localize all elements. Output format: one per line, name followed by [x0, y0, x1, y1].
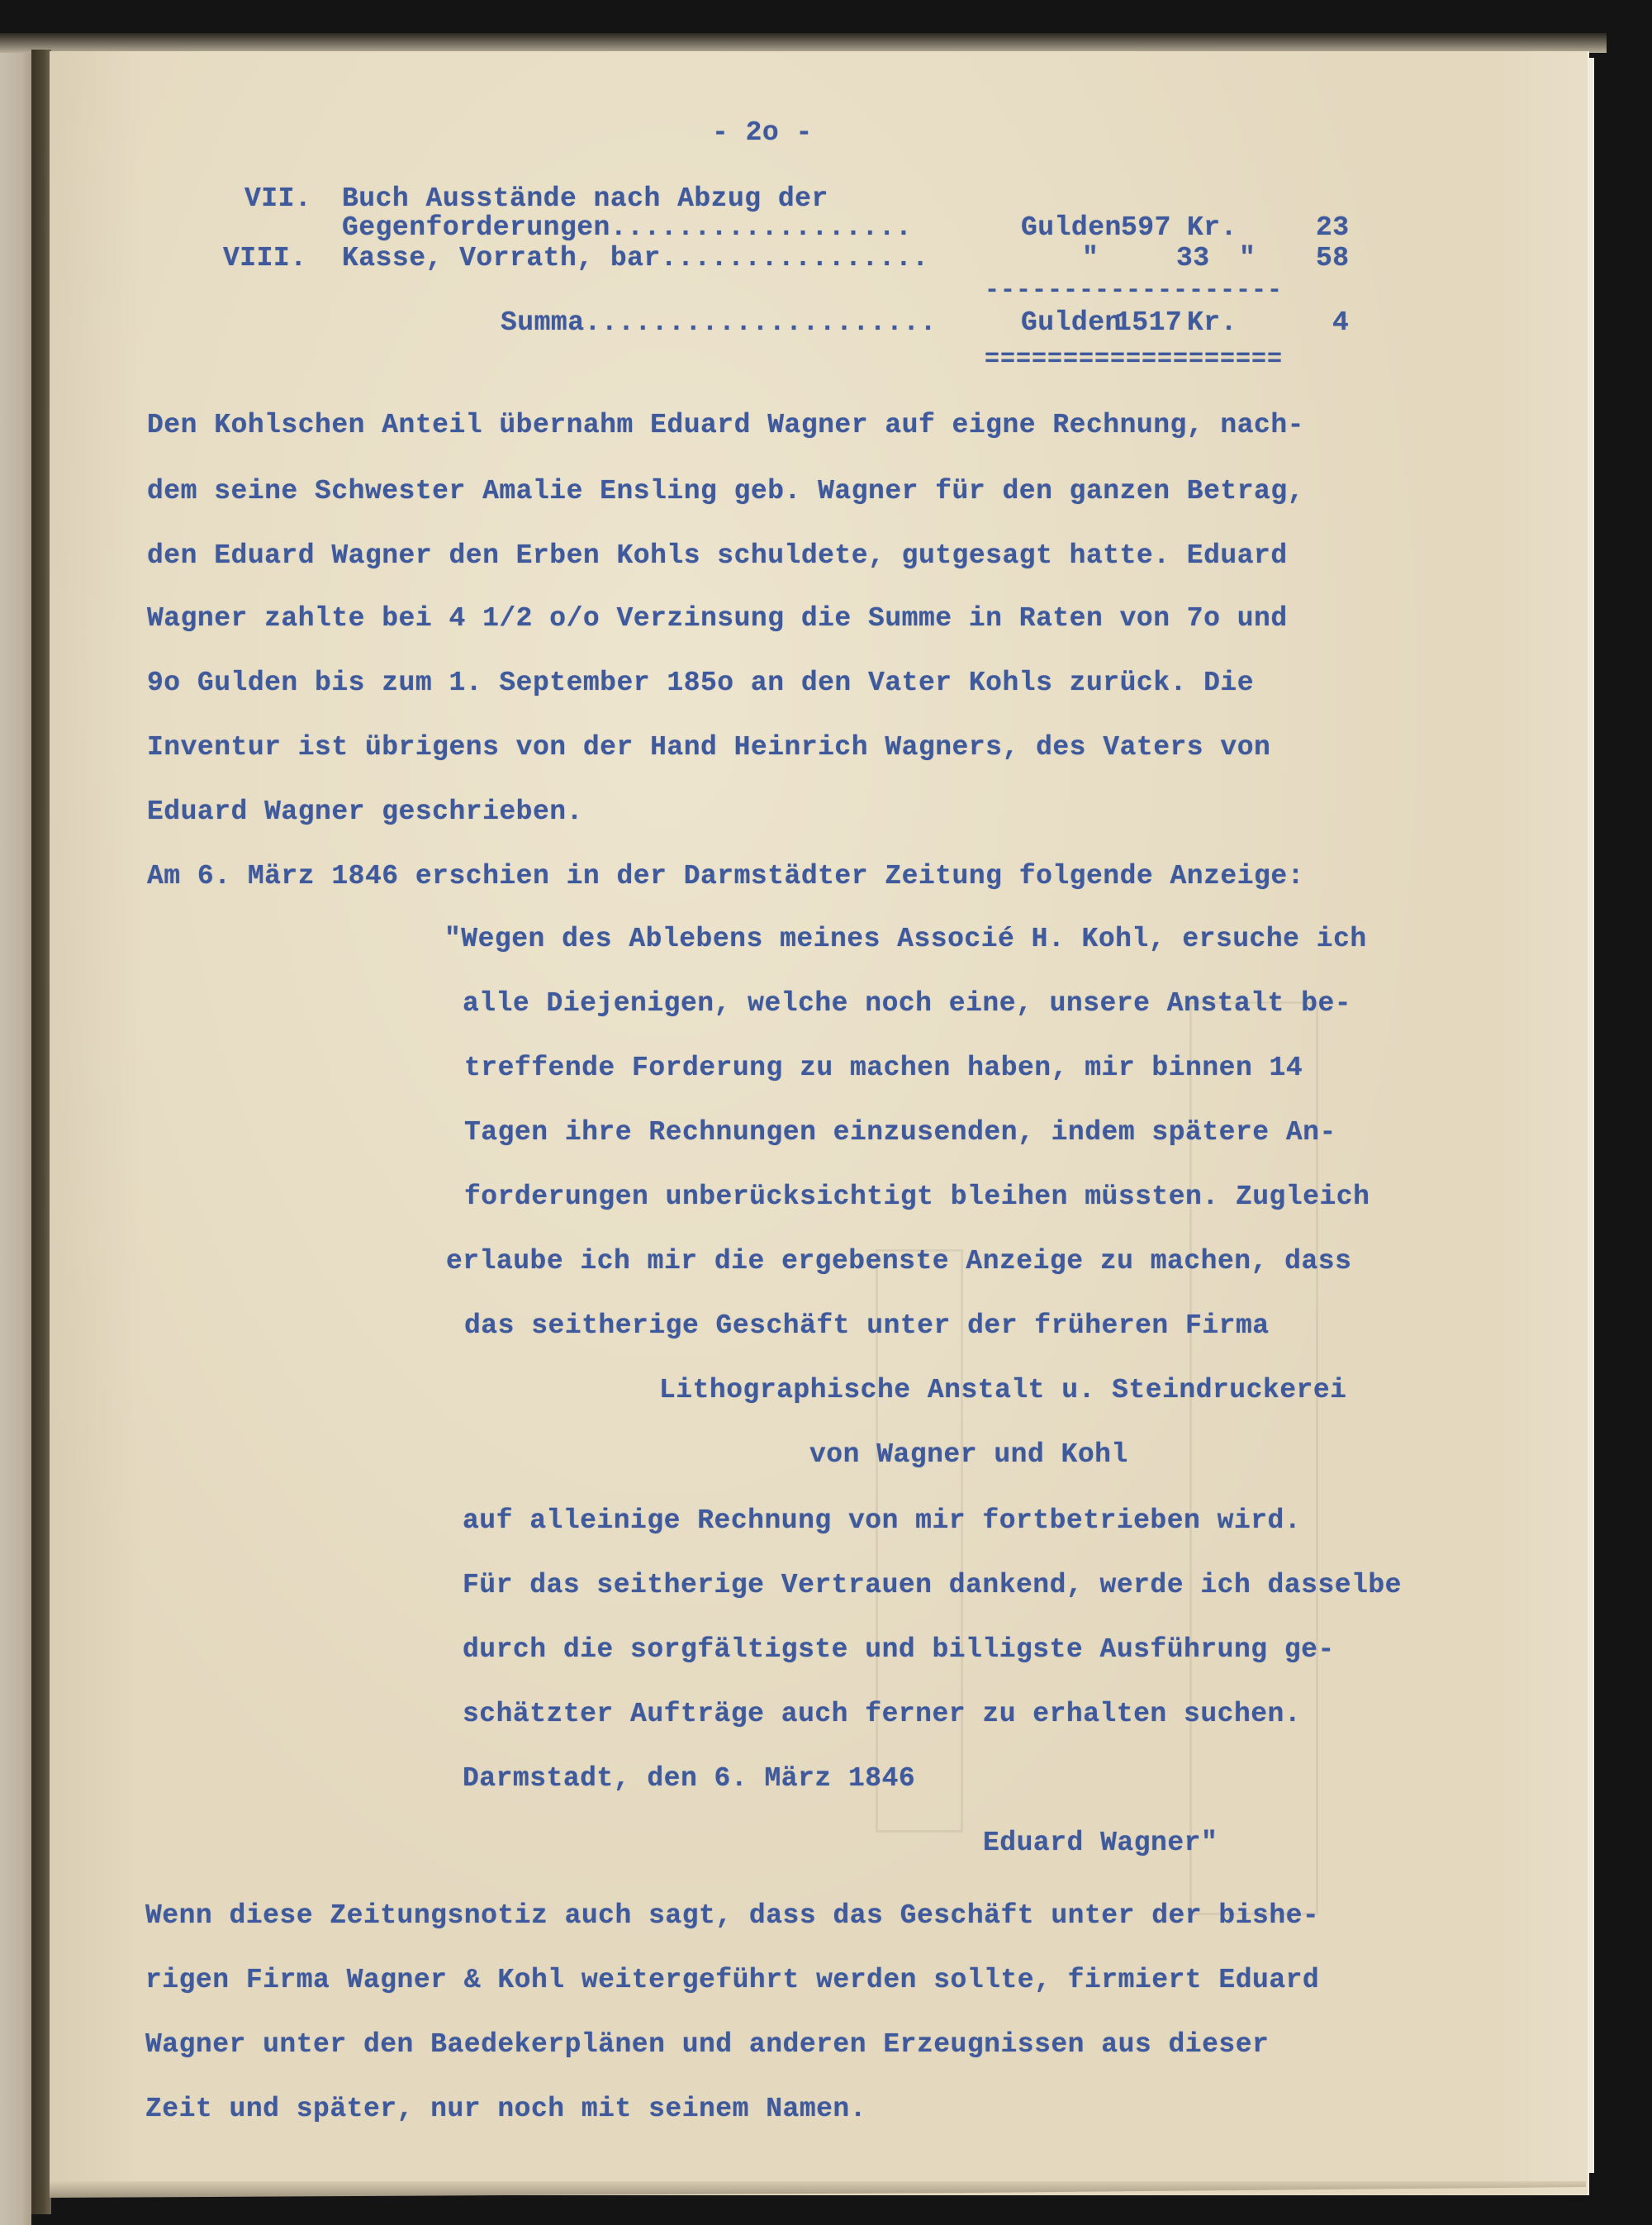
quote-line: auf alleinige Rechnung von mir fortbetri… [463, 1505, 1301, 1536]
paragraph-line: Inventur ist übrigens von der Hand Heinr… [147, 732, 1270, 763]
quote-line: "Wegen des Ablebens meines Associé H. Ko… [444, 924, 1367, 954]
quote-line: treffende Forderung zu machen haben, mir… [464, 1053, 1303, 1083]
ledger-label-vii-line1: Buch Ausstände nach Abzug der [342, 183, 828, 214]
paragraph-line: den Eduard Wagner den Erben Kohls schuld… [147, 540, 1288, 571]
paragraph-line: Eduard Wagner geschrieben. [147, 796, 583, 827]
ledger-label-vii-line2: Gegenforderungen.................. [342, 212, 912, 243]
paragraph-line: Am 6. März 1846 erschien in der Darmstäd… [147, 861, 1304, 891]
previous-page-edge [0, 45, 31, 2225]
ledger-single-rule: ------------------- [985, 277, 1283, 305]
firm-name-line2: von Wagner und Kohl [809, 1439, 1128, 1470]
ledger-total-label: Summa..................... [501, 307, 937, 338]
book-gutter [31, 50, 51, 2214]
page-edge-right [1588, 58, 1594, 2173]
ledger-label-viii: Kasse, Vorrath, bar................ [342, 243, 929, 273]
ledger-total-kreuzer: 4 [1332, 307, 1349, 338]
ledger-numeral-viii: VIII. [223, 243, 307, 273]
ledger-kreuzer-viii: 58 [1316, 243, 1350, 273]
paragraph-line: 9o Gulden bis zum 1. September 185o an d… [147, 668, 1254, 698]
firm-name-line1: Lithographische Anstalt u. Steindruckere… [659, 1375, 1346, 1405]
signature: Eduard Wagner" [983, 1828, 1218, 1858]
ledger-total-gulden: 1517 [1115, 307, 1182, 338]
ledger-gulden-viii: 33 [1176, 243, 1210, 273]
ledger-kreuzer-vii: 23 [1316, 212, 1350, 243]
quote-line: forderungen unberücksichtigt bleihen müs… [464, 1181, 1370, 1212]
place-date: Darmstadt, den 6. März 1846 [463, 1763, 915, 1794]
quote-line: schätzter Aufträge auch ferner zu erhalt… [463, 1699, 1301, 1729]
quote-line: erlaube ich mir die ergebenste Anzeige z… [446, 1246, 1351, 1277]
ledger-total-currency: Gulden [1021, 307, 1122, 338]
ledger-total-kr-label: Kr. [1187, 307, 1237, 338]
ledger-gulden-vii: 597 [1121, 212, 1171, 243]
paragraph-line: Wenn diese Zeitungsnotiz auch sagt, dass… [145, 1900, 1319, 1931]
ledger-numeral-vii: VII. [244, 183, 311, 214]
quote-line: Tagen ihre Rechnungen einzusenden, indem… [464, 1117, 1336, 1148]
quote-line: alle Diejenigen, welche noch eine, unser… [463, 988, 1351, 1019]
ledger-kr-label-viii: " [1239, 243, 1256, 273]
ledger-currency-viii: " [1082, 243, 1099, 273]
ledger-kr-label-vii: Kr. [1187, 212, 1237, 243]
quote-line: durch die sorgfältigste und billigste Au… [463, 1634, 1335, 1665]
ledger-double-rule: =================== [985, 345, 1283, 373]
quote-line: Für das seitherige Vertrauen dankend, we… [463, 1570, 1402, 1600]
paragraph-line: rigen Firma Wagner & Kohl weitergeführt … [145, 1965, 1319, 1995]
paragraph-line: Zeit und später, nur noch mit seinem Nam… [145, 2094, 866, 2124]
paragraph-line: Wagner zahlte bei 4 1/2 o/o Verzinsung d… [147, 603, 1288, 634]
paragraph-line: Den Kohlschen Anteil übernahm Eduard Wag… [147, 410, 1304, 440]
page-number: - 2o - [712, 117, 813, 148]
paragraph-line: dem seine Schwester Amalie Ensling geb. … [147, 476, 1304, 506]
top-shadow [0, 33, 1607, 53]
quote-line: das seitherige Geschäft unter der früher… [464, 1310, 1270, 1341]
ledger-currency-vii: Gulden [1021, 212, 1122, 243]
paragraph-line: Wagner unter den Baedekerplänen und ande… [145, 2029, 1269, 2060]
